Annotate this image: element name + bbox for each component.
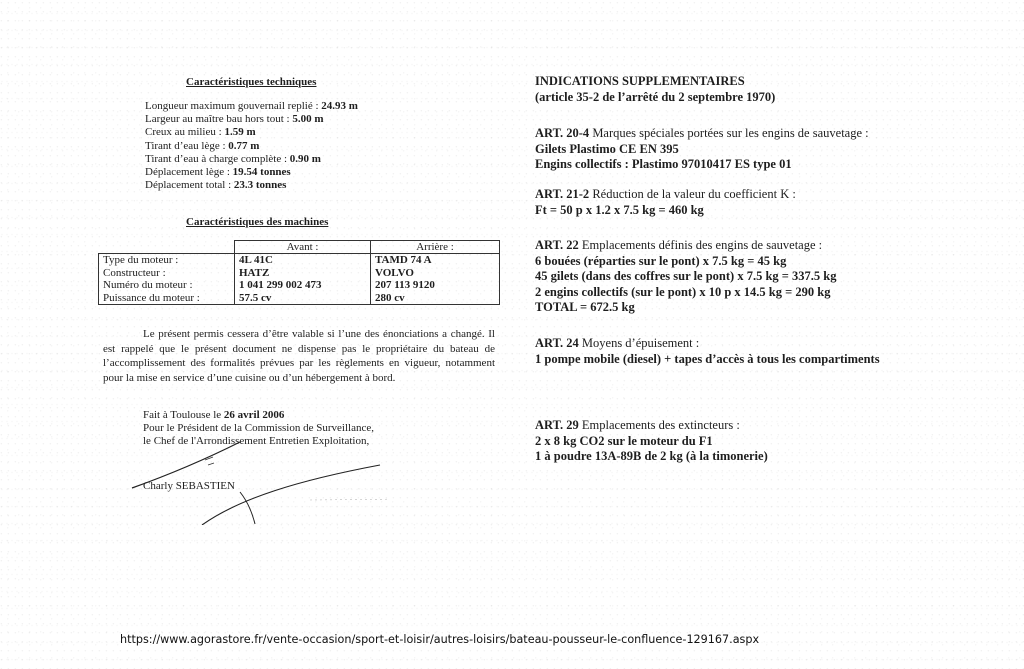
spec-displacement-light: Déplacement lège : 19.54 tonnes xyxy=(145,166,358,179)
arriere-value: TAMD 74 A xyxy=(371,254,500,267)
article-line: 2 engins collectifs (sur le pont) x 10 p… xyxy=(535,285,830,299)
avant-value: 4L 41C xyxy=(235,254,371,267)
place-date-line: Fait à Toulouse le 26 avril 2006 xyxy=(143,409,374,422)
spec-value: 23.3 tonnes xyxy=(234,179,287,191)
article-ref: ART. 29 xyxy=(535,418,579,432)
row-label: Type du moteur : xyxy=(99,254,235,267)
supplementary-title-line2: (article 35-2 de l’arrêté du 2 septembre… xyxy=(535,90,775,106)
issue-date: 26 avril 2006 xyxy=(224,409,285,421)
column-header-avant: Avant : xyxy=(235,241,371,254)
arriere-value: 280 cv xyxy=(371,292,500,305)
article-line: 1 pompe mobile (diesel) + tapes d’accès … xyxy=(535,352,880,366)
article-line: Engins collectifs : Plastimo 97010417 ES… xyxy=(535,157,792,171)
technical-specs-list: Longueur maximum gouvernail replié : 24.… xyxy=(145,100,358,192)
article-20-4: ART. 20-4 Marques spéciales portées sur … xyxy=(535,126,869,173)
article-line: Ft = 50 p x 1.2 x 7.5 kg = 460 kg xyxy=(535,203,704,217)
spec-value: 0.77 m xyxy=(228,140,259,152)
article-line: 45 gilets (dans des coffres sur le pont)… xyxy=(535,269,836,283)
validity-paragraph: Le présent permis cessera d’être valable… xyxy=(103,327,495,385)
spec-displacement-total: Déplacement total : 23.3 tonnes xyxy=(145,179,358,192)
article-ref: ART. 21-2 xyxy=(535,187,589,201)
spec-label: Creux au milieu : xyxy=(145,126,224,138)
spec-label: Tirant d’eau lège : xyxy=(145,140,228,152)
article-24: ART. 24 Moyens d’épuisement : 1 pompe mo… xyxy=(535,336,880,367)
avant-value: HATZ xyxy=(235,267,371,279)
spec-width: Largeur au maître bau hors tout : 5.00 m xyxy=(145,113,358,126)
article-line: 6 bouées (réparties sur le pont) x 7.5 k… xyxy=(535,254,786,268)
article-heading: Moyens d’épuisement : xyxy=(579,336,699,350)
technical-section-title: Caractéristiques techniques xyxy=(186,76,316,88)
spec-depth: Creux au milieu : 1.59 m xyxy=(145,126,358,139)
spec-length: Longueur maximum gouvernail replié : 24.… xyxy=(145,100,358,113)
article-ref: ART. 20-4 xyxy=(535,126,589,140)
source-url: https://www.agorastore.fr/vente-occasion… xyxy=(120,633,759,646)
article-ref: ART. 22 xyxy=(535,238,579,252)
article-line: 2 x 8 kg CO2 sur le moteur du F1 xyxy=(535,434,713,448)
spec-label: Déplacement total : xyxy=(145,179,234,191)
table-header-row: Avant : Arrière : xyxy=(99,241,500,254)
signer-name: Charly SEBASTIEN xyxy=(143,480,235,492)
article-heading: Emplacements définis des engins de sauve… xyxy=(579,238,822,252)
spec-value: 5.00 m xyxy=(292,113,323,125)
article-line: 1 à poudre 13A-89B de 2 kg (à la timoner… xyxy=(535,449,768,463)
signature-line-2: Pour le Président de la Commission de Su… xyxy=(143,422,374,435)
article-line: Gilets Plastimo CE EN 395 xyxy=(535,142,679,156)
table-row: Puissance du moteur : 57.5 cv 280 cv xyxy=(99,292,500,305)
header-blank-cell xyxy=(99,241,235,254)
row-label: Puissance du moteur : xyxy=(99,292,235,305)
spec-draft-full: Tirant d’eau à charge complète : 0.90 m xyxy=(145,153,358,166)
article-29: ART. 29 Emplacements des extincteurs : 2… xyxy=(535,418,768,465)
spec-value: 19.54 tonnes xyxy=(233,166,291,178)
spec-draft-light: Tirant d’eau lège : 0.77 m xyxy=(145,140,358,153)
machines-table: Avant : Arrière : Type du moteur : 4L 41… xyxy=(98,240,500,305)
arriere-value: 207 113 9120 xyxy=(371,279,500,291)
spec-label: Longueur maximum gouvernail replié : xyxy=(145,100,321,112)
spec-value: 0.90 m xyxy=(290,153,321,165)
avant-value: 57.5 cv xyxy=(235,292,371,305)
spec-value: 1.59 m xyxy=(224,126,255,138)
article-21-2: ART. 21-2 Réduction de la valeur du coef… xyxy=(535,187,796,218)
article-ref: ART. 24 xyxy=(535,336,579,350)
article-heading: Marques spéciales portées sur les engins… xyxy=(589,126,868,140)
article-total: TOTAL = 672.5 kg xyxy=(535,300,635,314)
article-22: ART. 22 Emplacements définis des engins … xyxy=(535,238,836,316)
table-row: Type du moteur : 4L 41C TAMD 74 A xyxy=(99,254,500,267)
spec-label: Déplacement lège : xyxy=(145,166,233,178)
column-header-arriere: Arrière : xyxy=(371,241,500,254)
row-label: Numéro du moteur : xyxy=(99,279,235,291)
row-label: Constructeur : xyxy=(99,267,235,279)
table-row: Constructeur : HATZ VOLVO xyxy=(99,267,500,279)
avant-value: 1 041 299 002 473 xyxy=(235,279,371,291)
table-row: Numéro du moteur : 1 041 299 002 473 207… xyxy=(99,279,500,291)
machines-section-title: Caractéristiques des machines xyxy=(186,216,328,228)
article-heading: Emplacements des extincteurs : xyxy=(579,418,740,432)
article-heading: Réduction de la valeur du coefficient K … xyxy=(589,187,796,201)
supplementary-title-line1: INDICATIONS SUPPLEMENTAIRES xyxy=(535,74,775,90)
supplementary-title: INDICATIONS SUPPLEMENTAIRES (article 35-… xyxy=(535,74,775,105)
spec-value: 24.93 m xyxy=(321,100,358,112)
place-prefix: Fait à Toulouse le xyxy=(143,409,224,421)
arriere-value: VOLVO xyxy=(371,267,500,279)
spec-label: Largeur au maître bau hors tout : xyxy=(145,113,292,125)
paragraph-text: Le présent permis cessera d’être valable… xyxy=(103,328,495,384)
spec-label: Tirant d’eau à charge complète : xyxy=(145,153,290,165)
